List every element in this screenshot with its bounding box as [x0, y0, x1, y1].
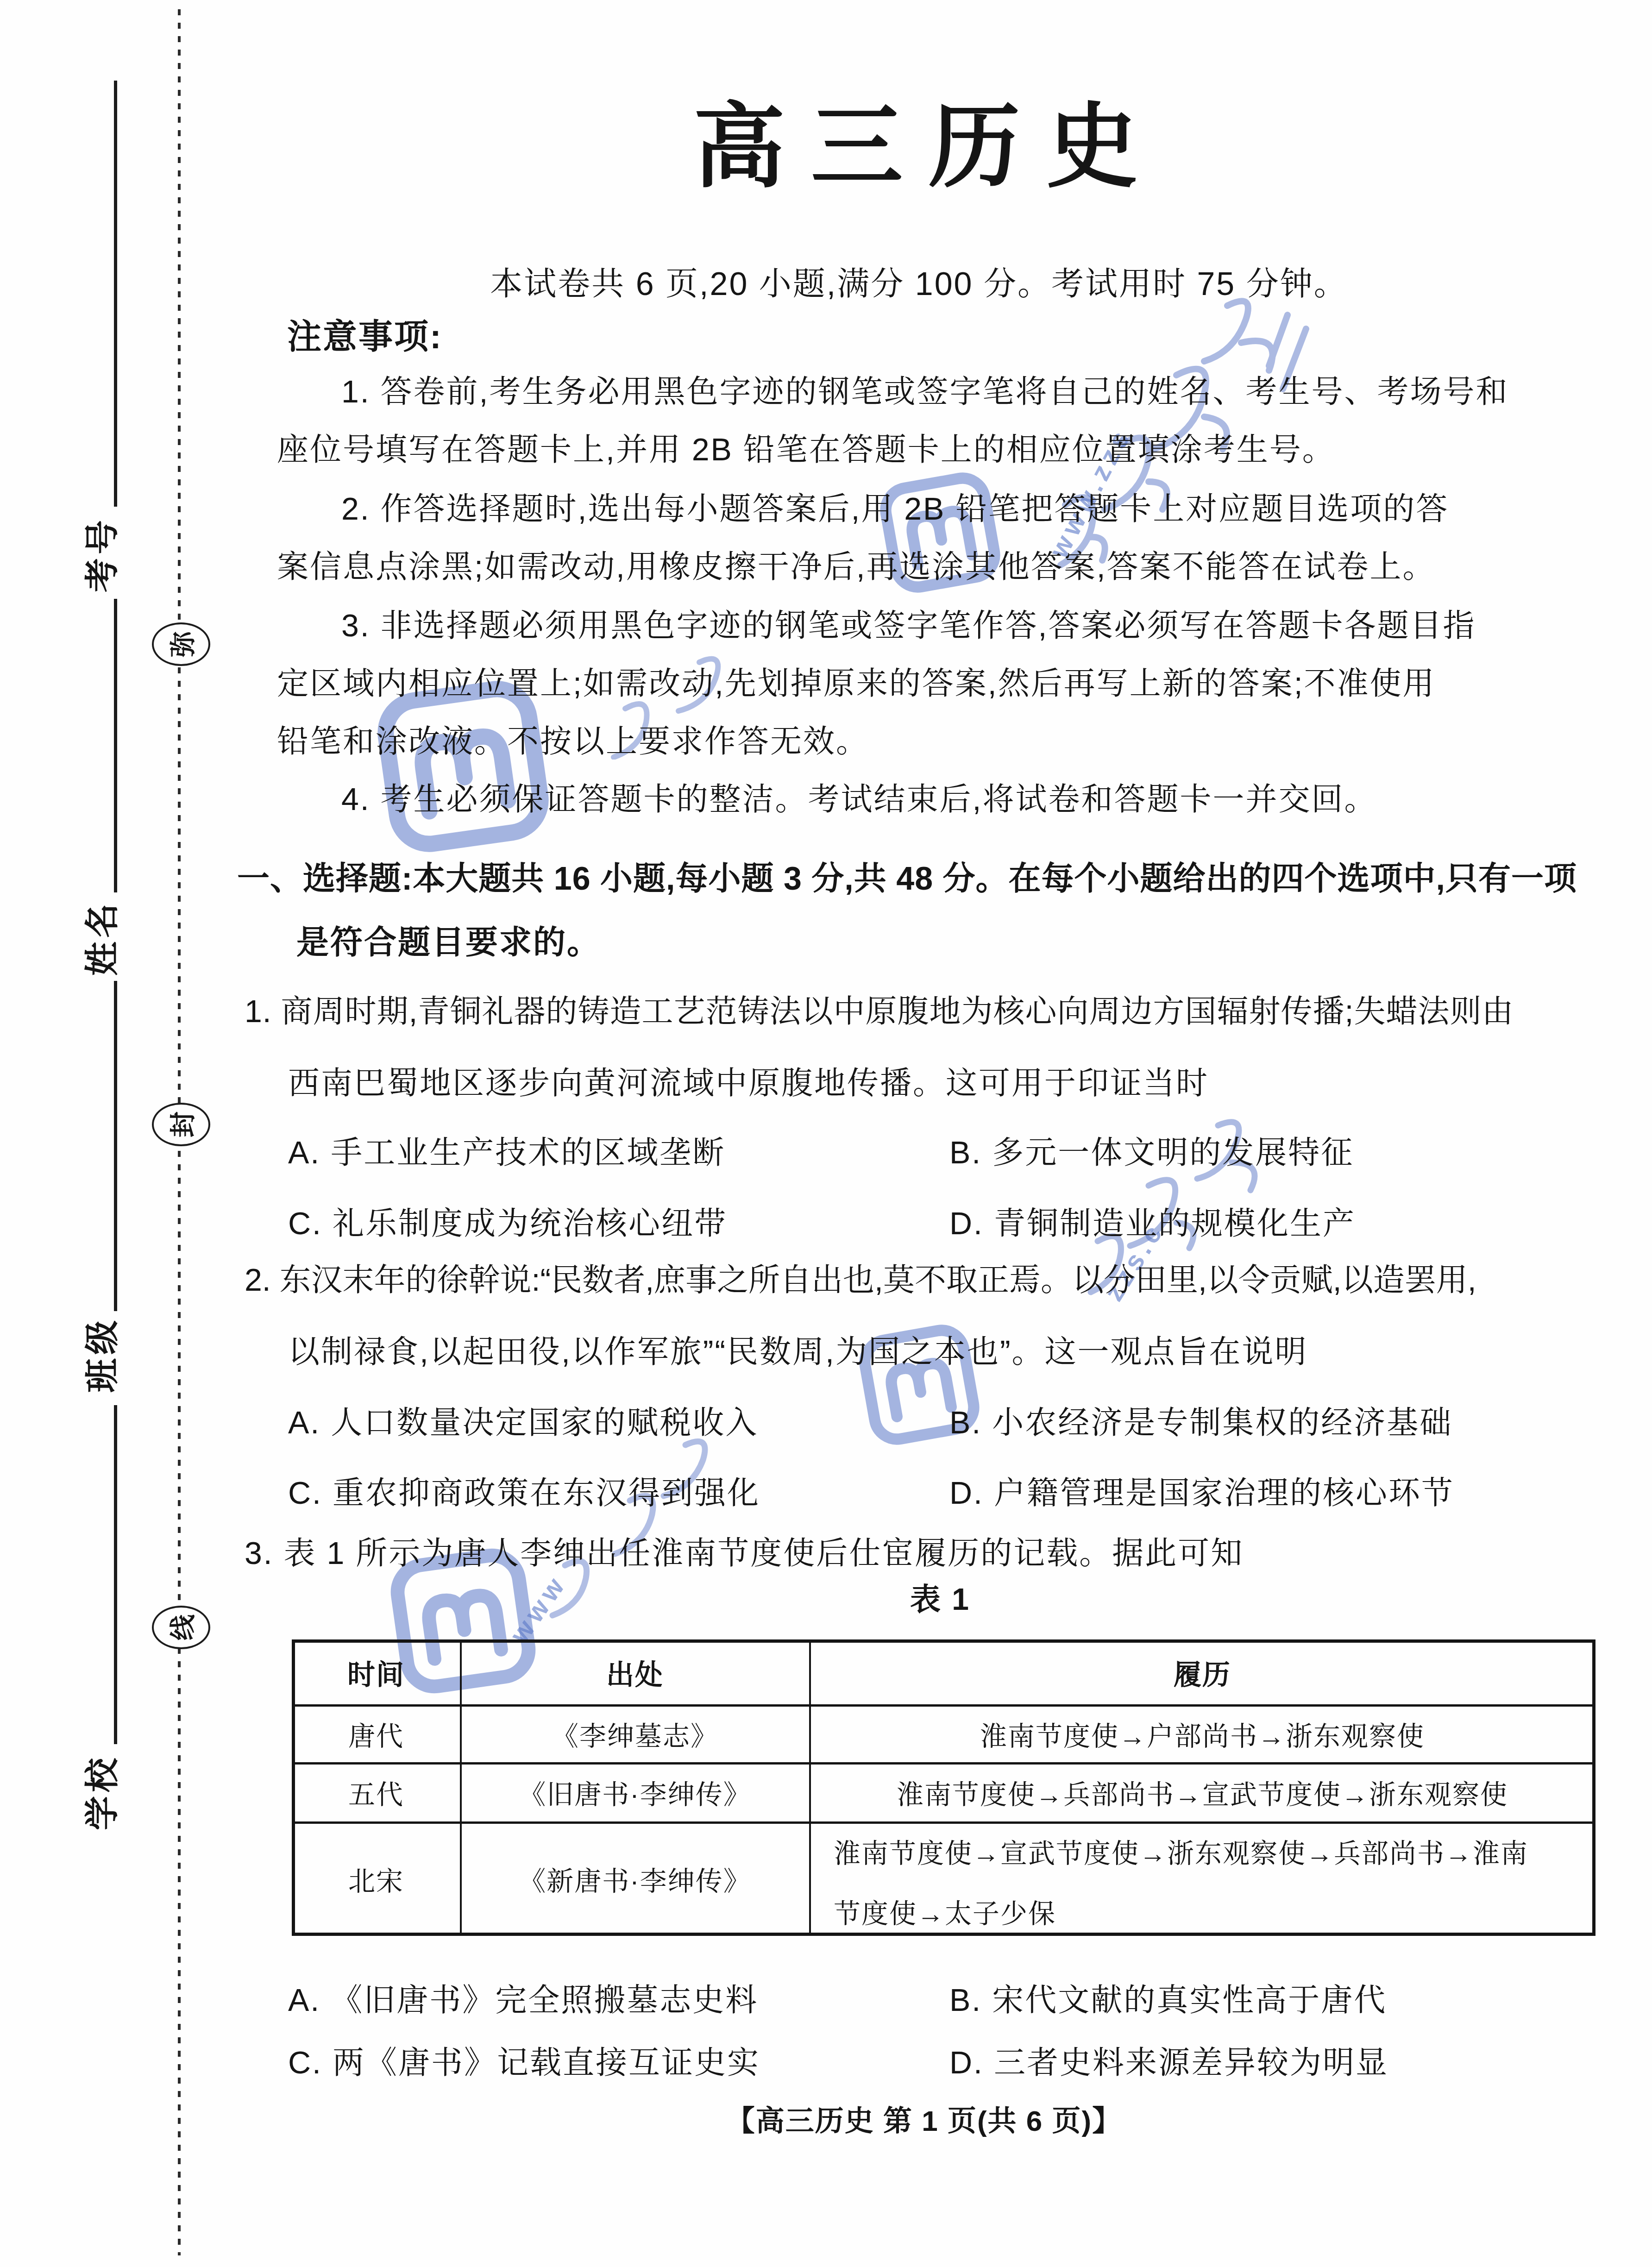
- section-header-line2: 是符合题目要求的。: [296, 926, 601, 959]
- notice-line: 案信息点涂黑;如需改动,用橡皮擦干净后,再选涂其他答案,答案不能答在试卷上。: [277, 551, 1436, 583]
- question-3-option-b: B. 宋代文献的真实性高于唐代: [949, 1984, 1387, 2016]
- table-row-divider: [295, 1762, 1592, 1765]
- blank-underline: [114, 599, 117, 892]
- table-column-divider: [460, 1643, 462, 1933]
- notice-line: 3. 非选择题必须用黑色字迹的钢笔或签字笔作答,答案必须写在答题卡各题目指: [341, 610, 1476, 641]
- table-row-cell: 节度使→太子少保: [834, 1892, 1056, 1931]
- question-2-stem-line: 2. 东汉末年的徐幹说:“民数者,庶事之所自出也,莫不取正焉。以分田里,以令贡赋…: [245, 1264, 1476, 1296]
- table-header-time: 时间: [347, 1653, 405, 1693]
- table-row-divider: [295, 1821, 1592, 1824]
- question-2-option-a: A. 人口数量决定国家的赋税收入: [288, 1407, 758, 1438]
- table-row-cell: 五代: [348, 1773, 404, 1812]
- seal-label-banji: 班级: [75, 1317, 124, 1393]
- table-row-cell: 淮南节度使→户部尚书→浙东观察使: [980, 1714, 1425, 1753]
- question-2-option-d: D. 户籍管理是国家治理的核心环节: [949, 1477, 1454, 1509]
- notice-line: 座位号填写在答题卡上,并用 2B 铅笔在答题卡上的相应位置填涂考生号。: [277, 434, 1335, 465]
- table-row-cell: 北宋: [348, 1859, 404, 1898]
- notice-line: 定区域内相应位置上;如需改动,先划掉原来的答案,然后再写上新的答案;不准使用: [277, 668, 1436, 699]
- question-1-option-c: C. 礼乐制度成为统治核心纽带: [288, 1208, 727, 1239]
- table-row-cell: 唐代: [348, 1714, 404, 1753]
- table-row-cell: 《旧唐书·李绅传》: [519, 1773, 751, 1812]
- notice-line: 1. 答卷前,考生务必用黑色字迹的钢笔或签字笔将自己的姓名、考生号、考场号和: [341, 376, 1509, 408]
- exam-subtitle: 本试卷共 6 页,20 小题,满分 100 分。考试用时 75 分钟。: [490, 268, 1347, 300]
- seal-char-xian: 线: [152, 1606, 210, 1649]
- question-2-stem-line: 以制禄食,以起田役,以作军旅”“民数周,为国之本也”。这一观点旨在说明: [288, 1336, 1308, 1368]
- question-3-option-d: D. 三者史料来源差异较为明显: [949, 2047, 1388, 2079]
- table-row-cell: 淮南节度使→兵部尚书→宣武节度使→浙东观察使: [897, 1773, 1508, 1812]
- table-header-source: 出处: [606, 1653, 664, 1693]
- seal-char-feng: 封: [152, 1103, 210, 1146]
- question-3-stem-line: 3. 表 1 所示为唐人李绅出任淮南节度使后仕宦履历的记载。据此可知: [245, 1538, 1244, 1569]
- notice-line: 铅笔和涂改液。不按以上要求作答无效。: [277, 726, 869, 757]
- table-row-divider: [295, 1704, 1592, 1707]
- watermark-text-fragment: www: [504, 1569, 573, 1649]
- blank-underline: [114, 981, 117, 1311]
- question-1-stem-line: 西南巴蜀地区逐步向黄河流域中原腹地传播。这可用于印证当时: [288, 1068, 1209, 1099]
- exam-page-scan: { "page": { "title": "高三历史", "subtitle":…: [0, 0, 1652, 2267]
- table-header-career: 履历: [1174, 1653, 1231, 1693]
- question-3-option-c: C. 两《唐书》记载直接互证史实: [288, 2047, 760, 2079]
- seal-label-xuexiao: 学校: [75, 1754, 124, 1830]
- notice-line: 2. 作答选择题时,选出每小题答案后,用 2B 铅笔把答题卡上对应题目选项的答: [341, 493, 1449, 525]
- watermark-scribble: [1010, 287, 1334, 574]
- notice-line: 4. 考生必须保证答题卡的整洁。考试结束后,将试卷和答题卡一并交回。: [341, 784, 1377, 815]
- seal-char-mi: 弥: [152, 622, 210, 666]
- question-2-option-b: B. 小农经济是专制集权的经济基础: [949, 1407, 1452, 1438]
- table-caption: 表 1: [910, 1584, 970, 1614]
- question-2-option-c: C. 重农抑商政策在东汉得到强化: [288, 1477, 760, 1509]
- seal-label-kaohao: 考号: [75, 516, 124, 592]
- question-1-option-d: D. 青铜制造业的规模化生产: [949, 1208, 1356, 1239]
- blank-underline: [114, 81, 117, 507]
- section-header-line1: 一、选择题:本大题共 16 小题,每小题 3 分,共 48 分。在每个小题给出的…: [237, 862, 1577, 895]
- question-1-stem-line: 1. 商周时期,青铜礼器的铸造工艺范铸法以中原腹地为核心向周边方国辐射传播;失蜡…: [245, 996, 1514, 1027]
- notice-heading: 注意事项:: [287, 320, 443, 354]
- table-row-cell: 《新唐书·李绅传》: [519, 1859, 751, 1898]
- question-3-option-a: A. 《旧唐书》完全照搬墓志史料: [288, 1984, 758, 2016]
- table-row-cell: 《李绅墓志》: [552, 1714, 718, 1753]
- blank-underline: [114, 1405, 117, 1744]
- question-1-option-b: B. 多元一体文明的发展特征: [949, 1137, 1354, 1168]
- page-title: 高三历史: [693, 101, 1164, 193]
- table-column-divider: [809, 1643, 811, 1933]
- table-row-cell: 淮南节度使→宣武节度使→浙东观察使→兵部尚书→淮南: [834, 1832, 1528, 1871]
- footer-page-number: 【高三历史 第 1 页(共 6 页)】: [726, 2107, 1122, 2136]
- seal-label-xingming: 姓名: [75, 900, 124, 976]
- question-1-option-a: A. 手工业生产技术的区域垄断: [288, 1137, 725, 1168]
